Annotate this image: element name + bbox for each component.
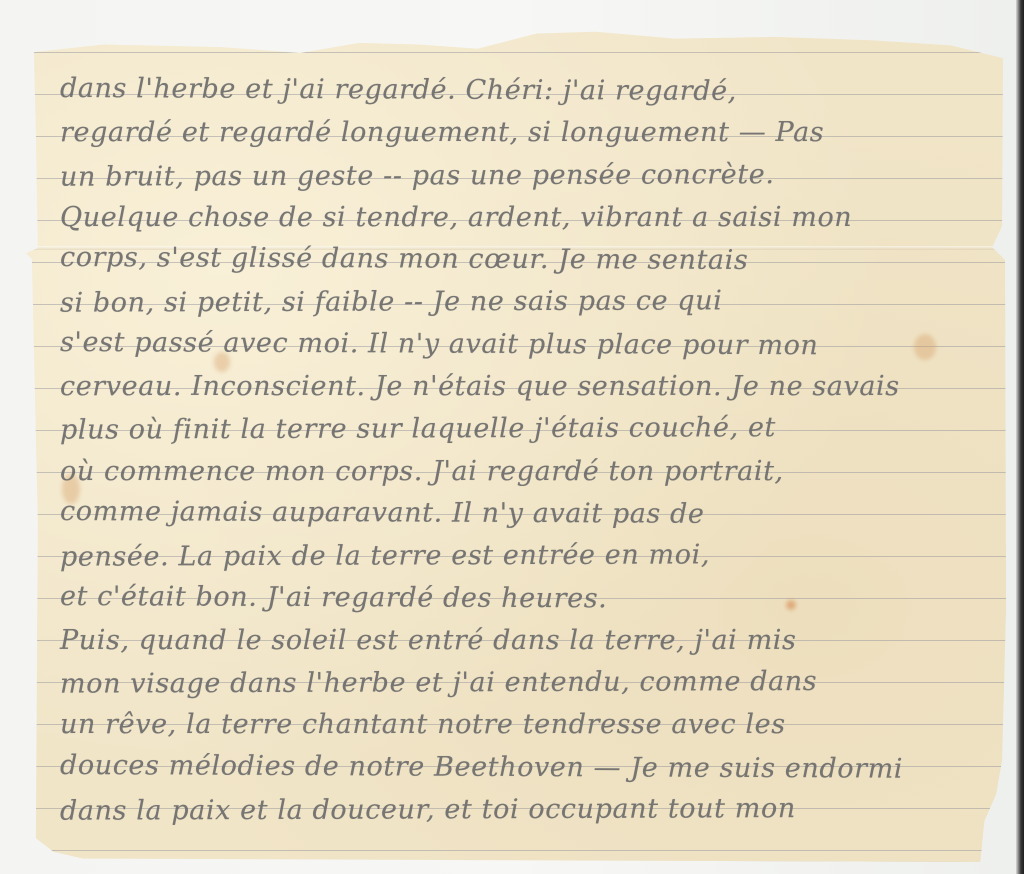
letter-line: un bruit, pas un geste -- pas une pensée… xyxy=(60,153,1000,199)
letter-line: et c'était bon. J'ai regardé des heures. xyxy=(60,576,1000,622)
letter-line: plus où finit la terre sur laquelle j'ét… xyxy=(60,407,1000,453)
letter-line: dans l'herbe et j'ai regardé. Chéri: j'a… xyxy=(60,68,1000,114)
ruled-line xyxy=(24,52,1010,53)
letter-line: regardé et regardé longuement, si longue… xyxy=(60,112,1000,154)
letter-line: Puis, quand le soleil est entré dans la … xyxy=(60,620,1000,662)
letter-page: dans l'herbe et j'ai regardé. Chéri: j'a… xyxy=(24,14,1010,862)
letter-line: cerveau. Inconscient. Je n'étais que sen… xyxy=(60,366,1000,408)
letter-line: comme jamais auparavant. Il n'y avait pa… xyxy=(60,491,1000,537)
ruled-line xyxy=(24,850,1010,851)
scanner-edge xyxy=(1016,0,1024,874)
letter-line: dans la paix et la douceur, et toi occup… xyxy=(60,787,1000,833)
letter-line: corps, s'est glissé dans mon cœur. Je me… xyxy=(60,237,1000,283)
letter-line: s'est passé avec moi. Il n'y avait plus … xyxy=(60,322,1000,368)
letter-line: Quelque chose de si tendre, ardent, vibr… xyxy=(60,197,1000,239)
letter-line: un rêve, la terre chantant notre tendres… xyxy=(60,704,1000,746)
letter-body: dans l'herbe et j'ai regardé. Chéri: j'a… xyxy=(60,70,1000,831)
letter-line: où commence mon corps. J'ai regardé ton … xyxy=(60,451,1000,493)
letter-line: mon visage dans l'herbe et j'ai entendu,… xyxy=(60,661,1000,707)
letter-line: si bon, si petit, si faible -- Je ne sai… xyxy=(60,280,1000,326)
letter-line: douces mélodies de notre Beethoven — Je … xyxy=(60,745,1000,791)
letter-line: pensée. La paix de la terre est entrée e… xyxy=(60,534,1000,580)
